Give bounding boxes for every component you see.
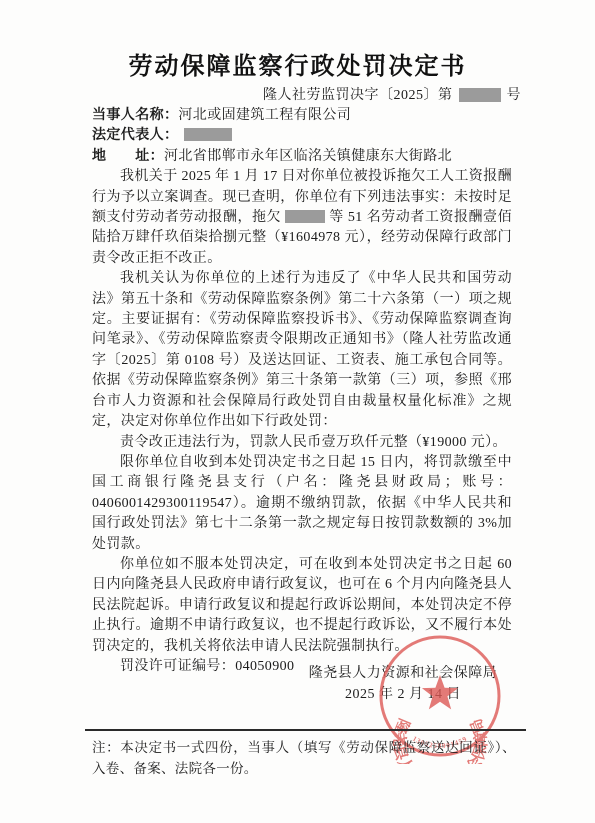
issue-date: 2025 年 2 月 14 日 — [303, 684, 503, 705]
legal-basis-paragraph: 我机关认为你单位的上述行为违反了《中华人民共和国劳动法》第五十条和《劳动保障监察… — [92, 269, 512, 432]
party-name-field: 当事人名称：河北或固建筑工程有限公司 — [92, 106, 512, 126]
footer-divider — [85, 729, 526, 731]
legal-representative-label: 法定代表人： — [92, 128, 178, 143]
legal-representative-field: 法定代表人： — [92, 126, 512, 146]
redaction-box-document-number — [459, 88, 501, 102]
document-number-suffix: 号 — [507, 88, 522, 103]
footer-note: 注：本决定书一式四份，当事人（填写《劳动保障监察送达回证》）、入卷、备案、法院各… — [92, 737, 516, 779]
document-title: 劳动保障监察行政处罚决定书 — [0, 46, 595, 81]
document-number-prefix: 隆人社劳监罚决字〔2025〕第 — [263, 88, 453, 103]
address-value: 河北省邯郸市永年区临洺关镇健康东大街路北 — [164, 149, 452, 164]
appeal-rights-paragraph: 你单位如不服本处罚决定，可在收到本处罚决定书之日起 60 日内向隆尧县人民政府申… — [92, 555, 512, 657]
party-name-value: 河北或固建筑工程有限公司 — [178, 108, 351, 123]
payment-instructions-paragraph: 限你单位自收到本处罚决定书之日起 15 日内，将罚款缴至中国工商银行隆尧县支行（… — [92, 453, 512, 555]
scanned-penalty-decision-document: 劳动保障监察行政处罚决定书 隆人社劳监罚决字〔2025〕第号 当事人名称：河北或… — [0, 0, 595, 823]
document-number-line: 隆人社劳监罚决字〔2025〕第号 — [263, 84, 521, 104]
address-label: 地 址： — [92, 149, 164, 164]
address-field: 地 址：河北省邯郸市永年区临洺关镇健康东大街路北 — [92, 147, 512, 167]
signature-block: 隆尧县人力资源和社会保障局 2025 年 2 月 14 日 — [303, 663, 503, 705]
penalty-decision-paragraph: 责令改正违法行为，罚款人民币壹万玖仟元整（¥19000 元）。 — [92, 433, 512, 453]
redaction-box-worker-name — [285, 210, 325, 223]
document-body: 当事人名称：河北或固建筑工程有限公司 法定代表人： 地 址：河北省邯郸市永年区临… — [92, 106, 512, 677]
issuing-authority: 隆尧县人力资源和社会保障局 — [303, 663, 503, 684]
party-name-label: 当事人名称： — [92, 108, 178, 123]
redaction-box-legal-representative — [184, 128, 232, 141]
facts-paragraph: 我机关于 2025 年 1 月 17 日对你单位被投诉拖欠工人工资报酬行为予以立… — [92, 167, 512, 269]
